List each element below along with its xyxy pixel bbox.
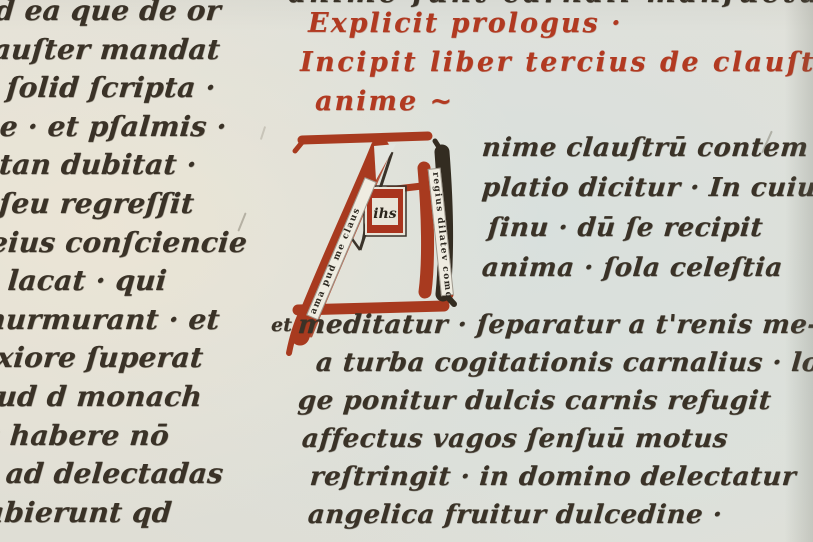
left-text-column: od ea que de orlauſter mandatn ſolid ſcr… — [0, 0, 296, 532]
manuscript-line: uxiore ſuperat — [0, 339, 298, 378]
manuscript-line: anima · ſola celeſtia — [480, 248, 813, 288]
manuscript-line: n ſolid ſcripta · — [0, 69, 298, 108]
manuscript-line: a turba cogitationis carnalius · lon — [314, 344, 813, 382]
manuscript-line: abierunt qd — [0, 494, 298, 533]
catchword-et: et — [271, 314, 292, 336]
rubric-incipit-liber: Incipit liber tercius de clauſtro — [300, 47, 813, 78]
manuscript-line: d lacat · qui — [0, 262, 298, 301]
manuscript-line: ſinu · dū ſe recipit — [486, 208, 813, 248]
manuscript-line: s habere nō — [0, 417, 298, 456]
manuscript-line: eius conſciencie — [0, 224, 298, 263]
manuscript-line: pe · et pſalmis · — [0, 108, 298, 147]
manuscript-line: ſitan dubitat · — [0, 146, 298, 185]
manuscript-line: ge ponitur dulcis carnis refugit — [296, 382, 813, 420]
main-text-block: meditatur · ſeparatur a t'renis me-a tur… — [298, 306, 813, 534]
initial-monogram-glyph: ihs — [373, 206, 396, 222]
manuscript-line: platio dicitur · In cuius — [480, 168, 813, 208]
manuscript-line: affectus vagos ſenſuū motus — [300, 420, 813, 458]
manuscript-line: lauſter mandat — [0, 31, 298, 70]
manuscript-line: meditatur · ſeparatur a t'renis me- — [296, 306, 813, 344]
manuscript-line: angelica fruitur dulcedine · — [306, 496, 813, 534]
manuscript-line: reſtringit · in domino delectatur — [308, 458, 813, 496]
manuscript-line: od ea que de or — [0, 0, 298, 31]
rubric-incipit-anime: anime ~ — [315, 86, 454, 117]
rubric-explicit-prologus: Explicit prologus · — [308, 8, 623, 39]
manuscript-line: murmurant · et — [0, 301, 298, 340]
manuscript-line: t ſeu regreſſit — [0, 185, 298, 224]
manuscript-line: d ad delectadas — [0, 455, 298, 494]
manuscript-page: anime ſunt carnali manſuetudine od ea qu… — [0, 0, 813, 542]
manuscript-line: nud d monach — [0, 378, 298, 417]
